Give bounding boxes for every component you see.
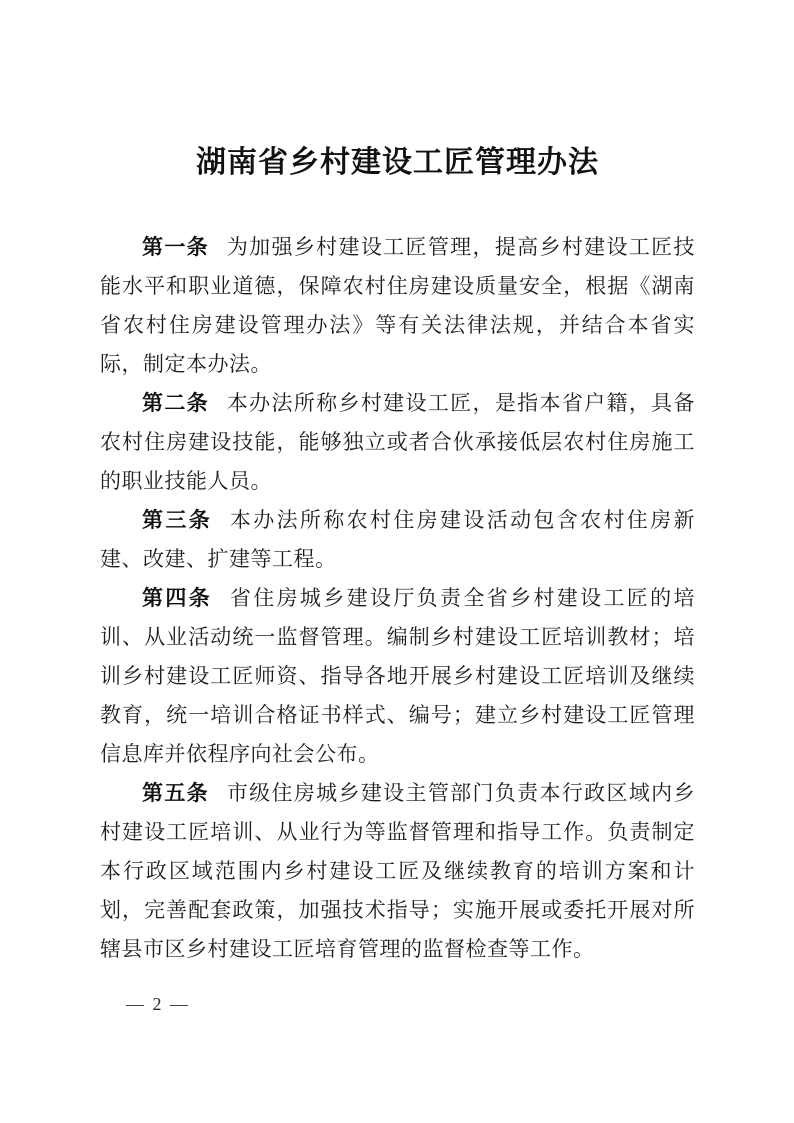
document-content: 湖南省乡村建设工匠管理办法 第一条为加强乡村建设工匠管理，提高乡村建设工匠技能水… [0,0,794,969]
article-paragraph: 第五条市级住房城乡建设主管部门负责本行政区域内乡村建设工匠培训、从业行为等监督管… [100,774,695,969]
page-number: — 2 — [126,992,190,1016]
article-number: 第二条 [142,392,209,415]
article-number: 第三条 [142,509,212,532]
article-number: 第四条 [142,587,212,610]
article-paragraph: 第四条省住房城乡建设厅负责全省乡村建设工匠的培训、从业活动统一监督管理。编制乡村… [100,579,695,774]
article-text: 省住房城乡建设厅负责全省乡村建设工匠的培训、从业活动统一监督管理。编制乡村建设工… [100,586,695,766]
document-body: 第一条为加强乡村建设工匠管理，提高乡村建设工匠技能水平和职业道德，保障农村住房建… [100,228,695,969]
article-text: 市级住房城乡建设主管部门负责本行政区域内乡村建设工匠培训、从业行为等监督管理和指… [100,781,695,961]
document-page: 湖南省乡村建设工匠管理办法 第一条为加强乡村建设工匠管理，提高乡村建设工匠技能水… [0,0,794,1123]
article-paragraph: 第一条为加强乡村建设工匠管理，提高乡村建设工匠技能水平和职业道德，保障农村住房建… [100,228,695,384]
document-title: 湖南省乡村建设工匠管理办法 [100,0,695,182]
article-paragraph: 第三条本办法所称农村住房建设活动包含农村住房新建、改建、扩建等工程。 [100,501,695,579]
article-number: 第一条 [142,236,209,259]
article-paragraph: 第二条本办法所称乡村建设工匠，是指本省户籍，具备农村住房建设技能，能够独立或者合… [100,384,695,501]
article-number: 第五条 [142,782,209,805]
